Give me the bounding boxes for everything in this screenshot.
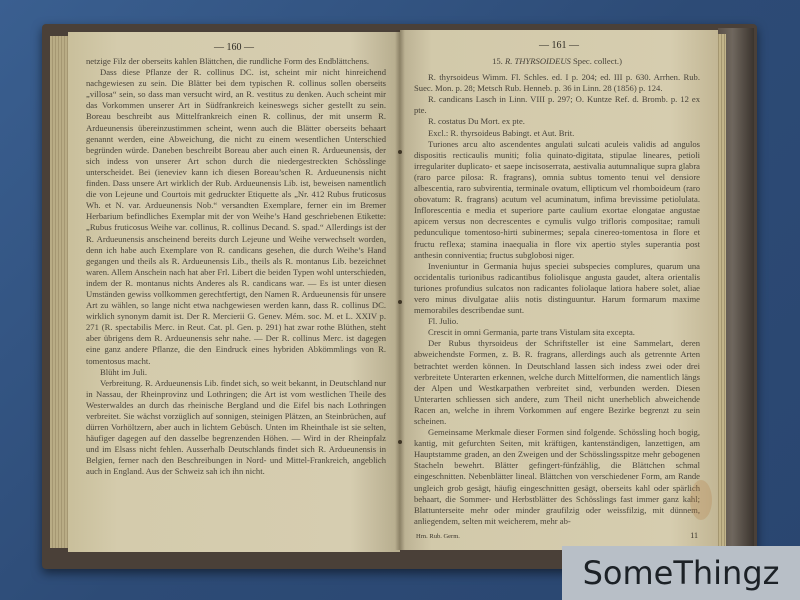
right-page: — 161 — 15. R. THYRSOIDEUS Spec. collect… [400, 30, 718, 550]
left-paragraph: netzige Filz der oberseits kahlen Blättc… [86, 56, 386, 67]
binding-stitch [398, 300, 402, 304]
binding-stitch [398, 150, 402, 154]
left-paragraph: Verbreitung. R. Ardueunensis Lib. findet… [86, 378, 386, 478]
section-suffix: Spec. collect.) [573, 56, 622, 66]
binding-stitch [398, 440, 402, 444]
right-page-footer: Hrn. Rub. Germ. 11 [416, 533, 698, 540]
right-paragraph: Gemeinsame Merkmale dieser Formen sind f… [414, 427, 700, 527]
right-paragraph: Der Rubus thyrsoideus der Schriftsteller… [414, 338, 700, 427]
section-title: 15. R. THYRSOIDEUS Spec. collect.) [414, 56, 700, 67]
left-paragraph: Dass diese Pflanze der R. collinus DC. i… [86, 67, 386, 367]
right-paragraph: R. candicans Lasch in Linn. VIII p. 297;… [414, 94, 700, 116]
footer-sheet-number: 11 [690, 531, 698, 540]
left-page-text: netzige Filz der oberseits kahlen Blättc… [86, 56, 386, 478]
right-paragraph: Fl. Julio. [414, 316, 700, 327]
foxing-stain [690, 480, 712, 520]
right-paragraph: Crescit in omni Germania, parte trans Vi… [414, 327, 700, 338]
right-paragraph: R. costatus Du Mort. ex pte. [414, 116, 700, 127]
watermark-text: SomeThingz [583, 554, 780, 592]
right-paragraph: Inveniuntur in Germania hujus speciei su… [414, 261, 700, 316]
left-page: — 160 — netzige Filz der oberseits kahle… [68, 32, 400, 552]
footer-signature-mark: Hrn. Rub. Germ. [416, 533, 460, 540]
watermark-logo: SomeThingz [562, 546, 800, 600]
right-page-number: — 161 — [400, 40, 718, 51]
left-paragraph: Blüht im Juli. [86, 367, 386, 378]
left-page-number: — 160 — [68, 42, 400, 53]
right-paragraph: Excl.: R. thyrsoideus Babingt. et Aut. B… [414, 128, 700, 139]
right-paragraph: Turiones arcu alto ascendentes angulati … [414, 139, 700, 261]
section-species: R. THYRSOIDEUS [505, 56, 571, 66]
page-block-left-edge [50, 36, 70, 548]
book-gutter [395, 30, 405, 550]
right-paragraph: R. thyrsoideus Wimm. Fl. Schles. ed. I p… [414, 72, 700, 94]
section-number: 15. [492, 56, 503, 66]
right-page-text: 15. R. THYRSOIDEUS Spec. collect.) R. th… [414, 54, 700, 527]
